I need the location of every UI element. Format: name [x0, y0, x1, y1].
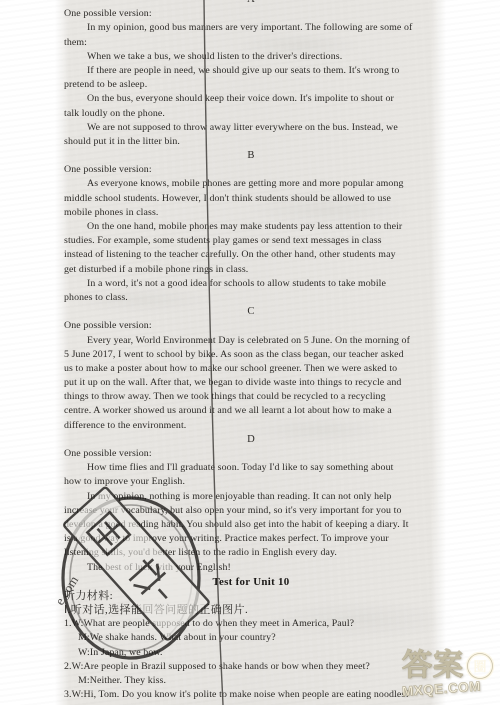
text-line: M:Neither. They kiss. — [64, 674, 438, 688]
text-line: Ⅰ.听对话,选择能回答问题的正确图片. — [64, 603, 438, 617]
text-line: 3.W:Hi, Tom. Do you know it's polite to … — [64, 688, 438, 702]
text-line: develop a good reading habit. You should… — [64, 518, 438, 532]
text-line: how to improve your English. — [64, 475, 438, 489]
text-line: middle school students. However, I don't… — [64, 192, 438, 206]
text-line: is a good way to improve your writing. P… — [64, 532, 438, 546]
text-line: phones to class. — [64, 291, 438, 305]
text-line: One possible version: — [64, 7, 438, 21]
text-line: If there are people in need, we should g… — [64, 64, 438, 78]
text-line: talk loudly on the phone. — [64, 107, 438, 121]
text-line: mobile phones in class. — [64, 206, 438, 220]
text-line: On the bus, everyone should keep their v… — [64, 92, 438, 106]
text-line: In my opinion, good bus manners are very… — [64, 21, 438, 35]
text-line: should put it in the litter bin. — [64, 135, 438, 149]
text-line: 1.W:What are people supposed to do when … — [64, 617, 438, 631]
text-line: How time flies and I'll graduate soon. T… — [64, 461, 438, 475]
text-line: instead of listening to the teacher care… — [64, 248, 438, 262]
text-line: In a word, it's not a good idea for scho… — [64, 277, 438, 291]
text-line: C — [64, 305, 438, 319]
text-line: Every year, World Environment Day is cel… — [64, 334, 438, 348]
text-line: B — [64, 149, 438, 163]
scanned-answer-page: { "doc": { "lines": [ {"t":"A","k":"h"},… — [0, 0, 500, 705]
text-line: A — [64, 0, 438, 7]
text-line: 5 June 2017, I went to school by bike. A… — [64, 348, 438, 362]
text-line: pretend to be asleep. — [64, 78, 438, 92]
text-line: In my opinion, nothing is more enjoyable… — [64, 490, 438, 504]
text-line: studies. For example, some students play… — [64, 234, 438, 248]
text-line: things to throw away. Then we took thing… — [64, 390, 438, 404]
text-line: listening skills, you'd better listen to… — [64, 546, 438, 560]
text-line: Test for Unit 10 — [64, 575, 438, 589]
text-line: M:We shake hands. What about in your cou… — [64, 631, 438, 645]
text-line: When we take a bus, we should listen to … — [64, 50, 438, 64]
text-line: get disturbed if a mobile phone rings in… — [64, 263, 438, 277]
text-line: We are not supposed to throw away litter… — [64, 121, 438, 135]
text-line: The best of luck with your English! — [64, 561, 438, 575]
text-line: W:In Japan, we bow. — [64, 646, 438, 660]
text-line: us to make a poster about how to make ou… — [64, 362, 438, 376]
text-line: difference to the environment. — [64, 419, 438, 433]
text-line: 听力材料: — [64, 589, 438, 603]
text-line: On the one hand, mobile phones may make … — [64, 220, 438, 234]
text-line: increase your vocabulary, but also open … — [64, 504, 438, 518]
page-text-column: AOne possible version:In my opinion, goo… — [64, 0, 438, 702]
text-line: centre. A worker showed us around it and… — [64, 404, 438, 418]
text-line: One possible version: — [64, 447, 438, 461]
text-line: As everyone knows, mobile phones are get… — [64, 177, 438, 191]
text-line: 2.W:Are people in Brazil supposed to sha… — [64, 660, 438, 674]
text-line: D — [64, 433, 438, 447]
text-line: One possible version: — [64, 163, 438, 177]
text-line: put it up on the wall. After that, we be… — [64, 376, 438, 390]
text-line: them: — [64, 36, 438, 50]
text-line: One possible version: — [64, 319, 438, 333]
